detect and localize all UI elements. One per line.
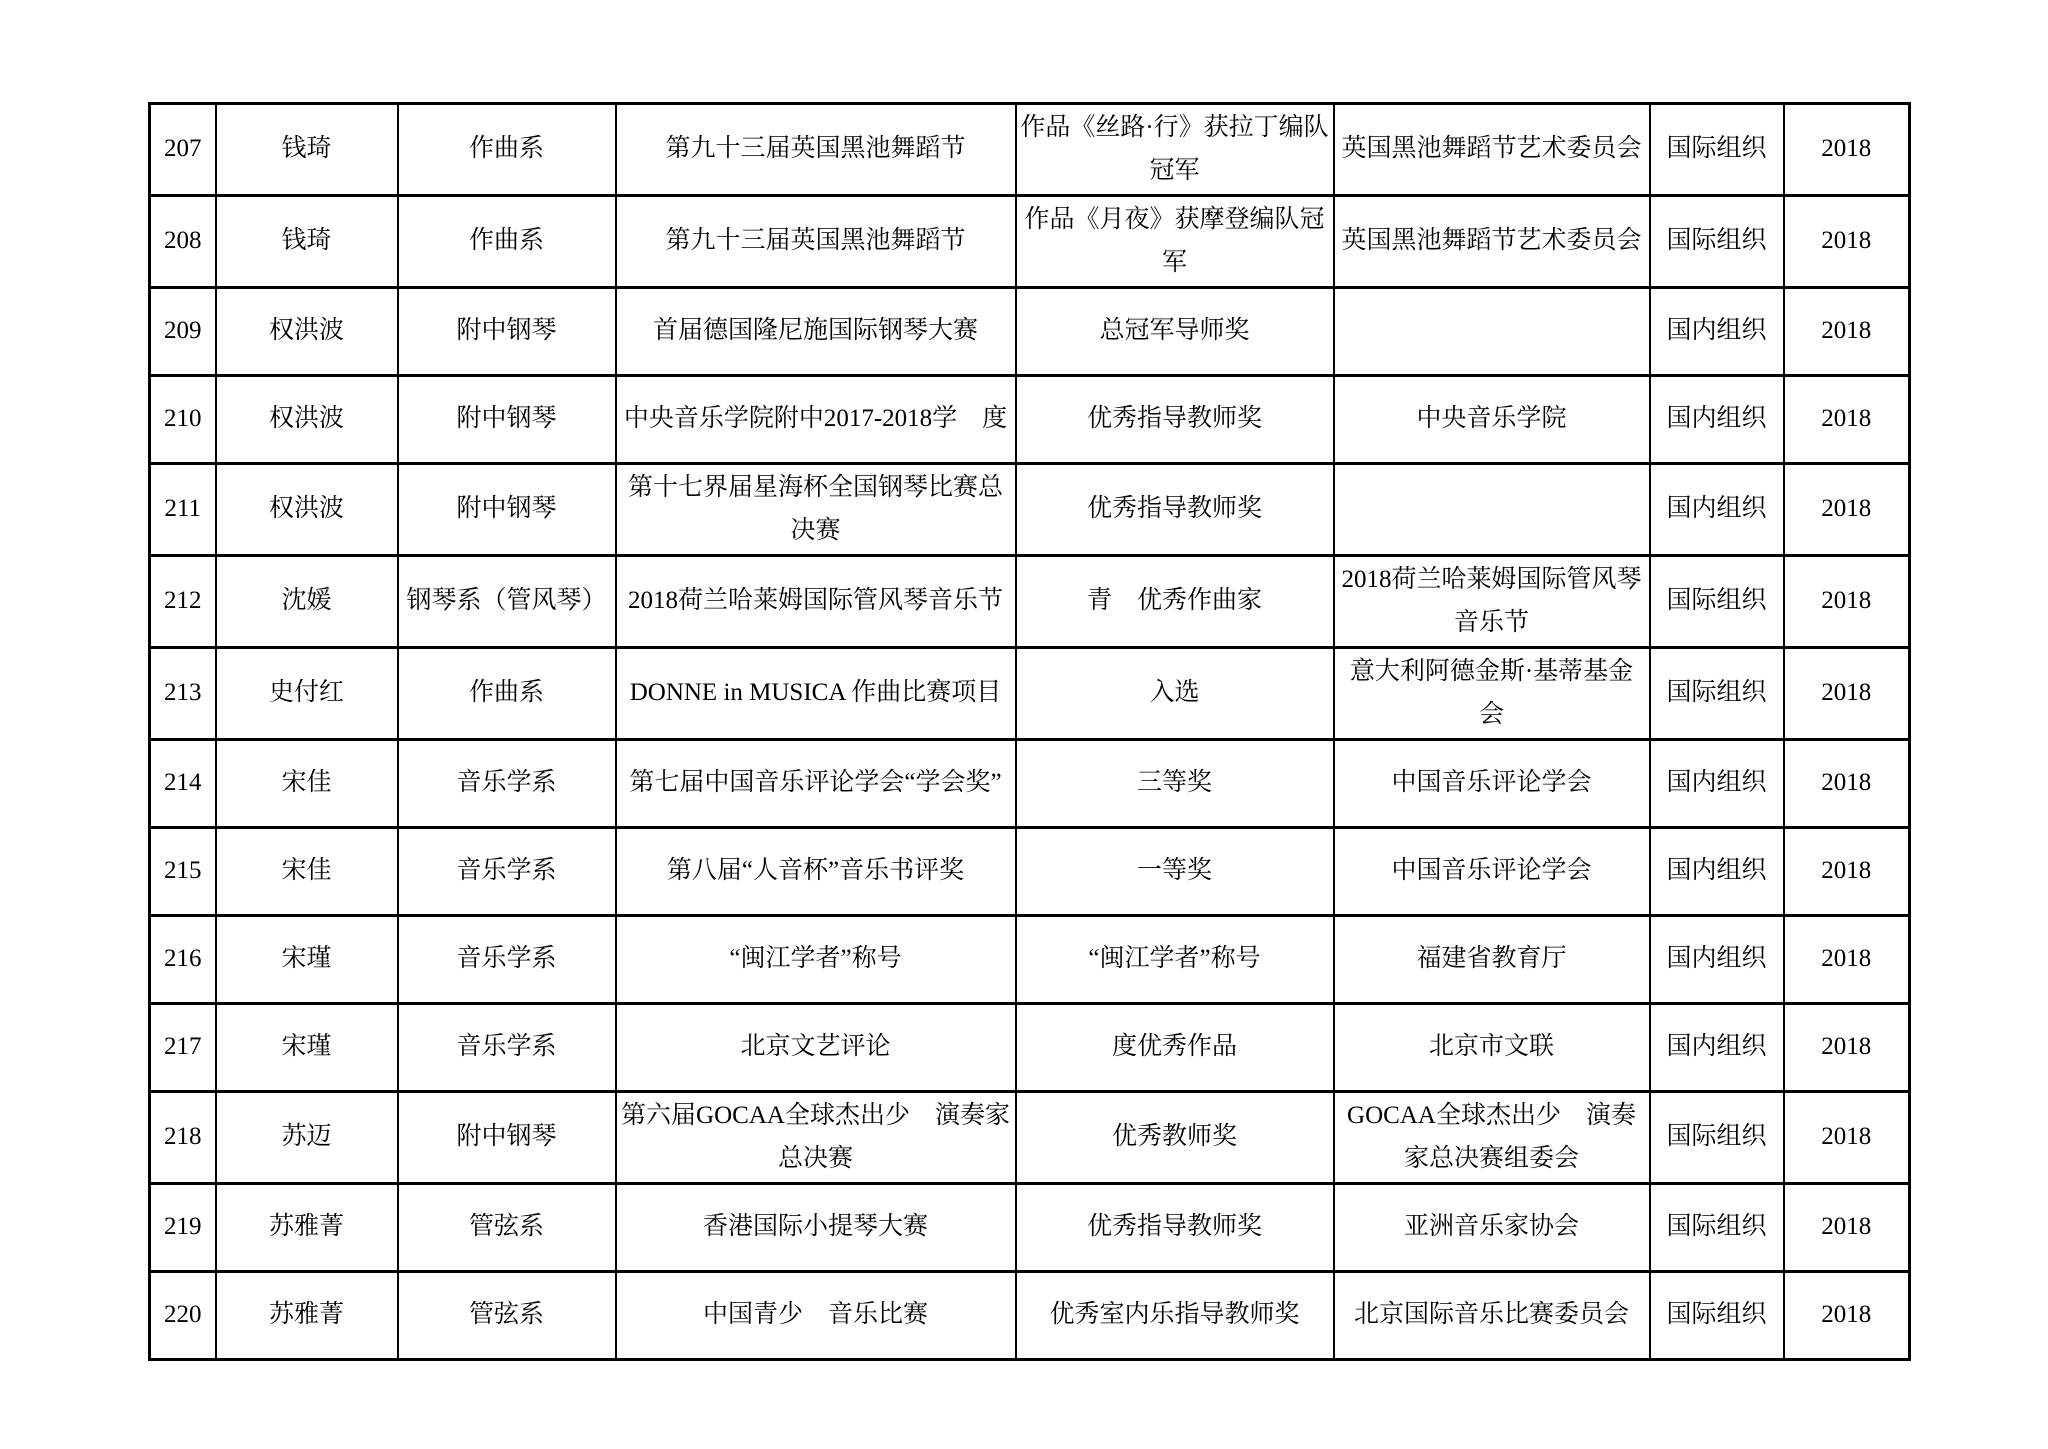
cell-award: 优秀教师奖 — [1016, 1092, 1334, 1184]
cell-event: 第九十三届英国黑池舞蹈节 — [616, 196, 1016, 288]
cell-seq: 216 — [150, 916, 216, 1004]
cell-award: 优秀室内乐指导教师奖 — [1016, 1272, 1334, 1360]
cell-org_type: 国内组织 — [1650, 1004, 1784, 1092]
cell-name: 宋佳 — [216, 828, 398, 916]
cell-event: 第九十三届英国黑池舞蹈节 — [616, 104, 1016, 196]
cell-seq: 208 — [150, 196, 216, 288]
cell-name: 宋瑾 — [216, 1004, 398, 1092]
cell-award: 优秀指导教师奖 — [1016, 376, 1334, 464]
cell-event: 第七届中国音乐评论学会“学会奖” — [616, 740, 1016, 828]
cell-org_type: 国际组织 — [1650, 648, 1784, 740]
cell-name: 史付红 — [216, 648, 398, 740]
table-row: 218苏迈附中钢琴第六届GOCAA全球杰出少 演奏家总决赛优秀教师奖GOCAA全… — [150, 1092, 1910, 1184]
cell-year: 2018 — [1784, 1092, 1910, 1184]
cell-org: 中国音乐评论学会 — [1334, 828, 1650, 916]
cell-dept: 附中钢琴 — [398, 464, 616, 556]
cell-dept: 音乐学系 — [398, 828, 616, 916]
cell-event: 中央音乐学院附中2017-2018学 度 — [616, 376, 1016, 464]
cell-org_type: 国际组织 — [1650, 104, 1784, 196]
table-row: 210权洪波附中钢琴中央音乐学院附中2017-2018学 度优秀指导教师奖中央音… — [150, 376, 1910, 464]
cell-award: “闽江学者”称号 — [1016, 916, 1334, 1004]
cell-org: 北京国际音乐比赛委员会 — [1334, 1272, 1650, 1360]
cell-award: 三等奖 — [1016, 740, 1334, 828]
cell-award: 总冠军导师奖 — [1016, 288, 1334, 376]
cell-name: 权洪波 — [216, 288, 398, 376]
cell-seq: 210 — [150, 376, 216, 464]
cell-dept: 附中钢琴 — [398, 376, 616, 464]
cell-org: 英国黑池舞蹈节艺术委员会 — [1334, 104, 1650, 196]
cell-name: 苏迈 — [216, 1092, 398, 1184]
cell-dept: 音乐学系 — [398, 1004, 616, 1092]
cell-org: GOCAA全球杰出少 演奏家总决赛组委会 — [1334, 1092, 1650, 1184]
cell-seq: 209 — [150, 288, 216, 376]
cell-org: 意大利阿德金斯·基蒂基金会 — [1334, 648, 1650, 740]
cell-seq: 214 — [150, 740, 216, 828]
cell-event: 第十七界届星海杯全国钢琴比赛总决赛 — [616, 464, 1016, 556]
cell-org_type: 国际组织 — [1650, 196, 1784, 288]
cell-event: 中国青少 音乐比赛 — [616, 1272, 1016, 1360]
cell-name: 沈媛 — [216, 556, 398, 648]
cell-name: 宋佳 — [216, 740, 398, 828]
cell-dept: 作曲系 — [398, 648, 616, 740]
cell-dept: 管弦系 — [398, 1272, 616, 1360]
cell-event: 第六届GOCAA全球杰出少 演奏家总决赛 — [616, 1092, 1016, 1184]
cell-org_type: 国际组织 — [1650, 1272, 1784, 1360]
table-row: 208钱琦作曲系第九十三届英国黑池舞蹈节作品《月夜》获摩登编队冠军英国黑池舞蹈节… — [150, 196, 1910, 288]
cell-dept: 音乐学系 — [398, 916, 616, 1004]
cell-year: 2018 — [1784, 556, 1910, 648]
cell-event: 香港国际小提琴大赛 — [616, 1184, 1016, 1272]
cell-org: 中国音乐评论学会 — [1334, 740, 1650, 828]
awards-table-body: 207钱琦作曲系第九十三届英国黑池舞蹈节作品《丝路·行》获拉丁编队冠军英国黑池舞… — [150, 104, 1910, 1360]
cell-name: 苏雅菁 — [216, 1272, 398, 1360]
cell-dept: 作曲系 — [398, 104, 616, 196]
table-row: 220苏雅菁管弦系中国青少 音乐比赛优秀室内乐指导教师奖北京国际音乐比赛委员会国… — [150, 1272, 1910, 1360]
cell-event: 北京文艺评论 — [616, 1004, 1016, 1092]
cell-org: 亚洲音乐家协会 — [1334, 1184, 1650, 1272]
cell-name: 权洪波 — [216, 464, 398, 556]
cell-seq: 213 — [150, 648, 216, 740]
document-page: 207钱琦作曲系第九十三届英国黑池舞蹈节作品《丝路·行》获拉丁编队冠军英国黑池舞… — [0, 0, 2048, 1449]
table-row: 214宋佳音乐学系第七届中国音乐评论学会“学会奖”三等奖中国音乐评论学会国内组织… — [150, 740, 1910, 828]
cell-org_type: 国际组织 — [1650, 556, 1784, 648]
cell-award: 优秀指导教师奖 — [1016, 464, 1334, 556]
cell-org: 福建省教育厅 — [1334, 916, 1650, 1004]
cell-org — [1334, 288, 1650, 376]
cell-award: 作品《丝路·行》获拉丁编队冠军 — [1016, 104, 1334, 196]
cell-seq: 217 — [150, 1004, 216, 1092]
cell-year: 2018 — [1784, 740, 1910, 828]
cell-org: 2018荷兰哈莱姆国际管风琴音乐节 — [1334, 556, 1650, 648]
cell-award: 一等奖 — [1016, 828, 1334, 916]
table-row: 209权洪波附中钢琴首届德国隆尼施国际钢琴大赛总冠军导师奖国内组织2018 — [150, 288, 1910, 376]
cell-year: 2018 — [1784, 648, 1910, 740]
cell-year: 2018 — [1784, 916, 1910, 1004]
cell-dept: 钢琴系（管风琴） — [398, 556, 616, 648]
cell-org — [1334, 464, 1650, 556]
cell-name: 钱琦 — [216, 104, 398, 196]
cell-event: “闽江学者”称号 — [616, 916, 1016, 1004]
cell-event: 首届德国隆尼施国际钢琴大赛 — [616, 288, 1016, 376]
cell-dept: 作曲系 — [398, 196, 616, 288]
cell-event: 2018荷兰哈莱姆国际管风琴音乐节 — [616, 556, 1016, 648]
cell-name: 钱琦 — [216, 196, 398, 288]
cell-org_type: 国际组织 — [1650, 1184, 1784, 1272]
table-row: 212沈媛钢琴系（管风琴）2018荷兰哈莱姆国际管风琴音乐节青 优秀作曲家201… — [150, 556, 1910, 648]
cell-year: 2018 — [1784, 464, 1910, 556]
cell-award: 度优秀作品 — [1016, 1004, 1334, 1092]
cell-seq: 215 — [150, 828, 216, 916]
cell-name: 权洪波 — [216, 376, 398, 464]
cell-dept: 管弦系 — [398, 1184, 616, 1272]
cell-seq: 220 — [150, 1272, 216, 1360]
cell-name: 宋瑾 — [216, 916, 398, 1004]
cell-seq: 211 — [150, 464, 216, 556]
table-row: 211权洪波附中钢琴第十七界届星海杯全国钢琴比赛总决赛优秀指导教师奖国内组织20… — [150, 464, 1910, 556]
cell-org: 英国黑池舞蹈节艺术委员会 — [1334, 196, 1650, 288]
table-row: 215宋佳音乐学系第八届“人音杯”音乐书评奖一等奖中国音乐评论学会国内组织201… — [150, 828, 1910, 916]
cell-org: 北京市文联 — [1334, 1004, 1650, 1092]
cell-event: DONNE in MUSICA 作曲比赛项目 — [616, 648, 1016, 740]
table-row: 217宋瑾音乐学系北京文艺评论度优秀作品北京市文联国内组织2018 — [150, 1004, 1910, 1092]
cell-dept: 音乐学系 — [398, 740, 616, 828]
cell-award: 青 优秀作曲家 — [1016, 556, 1334, 648]
table-row: 207钱琦作曲系第九十三届英国黑池舞蹈节作品《丝路·行》获拉丁编队冠军英国黑池舞… — [150, 104, 1910, 196]
cell-award: 入选 — [1016, 648, 1334, 740]
cell-year: 2018 — [1784, 1004, 1910, 1092]
cell-org_type: 国内组织 — [1650, 828, 1784, 916]
cell-event: 第八届“人音杯”音乐书评奖 — [616, 828, 1016, 916]
cell-dept: 附中钢琴 — [398, 288, 616, 376]
cell-seq: 219 — [150, 1184, 216, 1272]
cell-year: 2018 — [1784, 828, 1910, 916]
cell-org_type: 国内组织 — [1650, 740, 1784, 828]
cell-award: 作品《月夜》获摩登编队冠军 — [1016, 196, 1334, 288]
cell-dept: 附中钢琴 — [398, 1092, 616, 1184]
cell-org: 中央音乐学院 — [1334, 376, 1650, 464]
cell-year: 2018 — [1784, 1272, 1910, 1360]
cell-org_type: 国内组织 — [1650, 916, 1784, 1004]
cell-award: 优秀指导教师奖 — [1016, 1184, 1334, 1272]
cell-seq: 207 — [150, 104, 216, 196]
awards-table: 207钱琦作曲系第九十三届英国黑池舞蹈节作品《丝路·行》获拉丁编队冠军英国黑池舞… — [148, 102, 1911, 1361]
cell-org_type: 国内组织 — [1650, 376, 1784, 464]
cell-seq: 218 — [150, 1092, 216, 1184]
cell-org_type: 国际组织 — [1650, 1092, 1784, 1184]
table-row: 219苏雅菁管弦系香港国际小提琴大赛优秀指导教师奖亚洲音乐家协会国际组织2018 — [150, 1184, 1910, 1272]
cell-year: 2018 — [1784, 1184, 1910, 1272]
cell-org_type: 国内组织 — [1650, 288, 1784, 376]
cell-seq: 212 — [150, 556, 216, 648]
table-row: 216宋瑾音乐学系“闽江学者”称号“闽江学者”称号福建省教育厅国内组织2018 — [150, 916, 1910, 1004]
cell-year: 2018 — [1784, 288, 1910, 376]
cell-year: 2018 — [1784, 196, 1910, 288]
cell-year: 2018 — [1784, 376, 1910, 464]
table-row: 213史付红作曲系DONNE in MUSICA 作曲比赛项目入选意大利阿德金斯… — [150, 648, 1910, 740]
cell-org_type: 国内组织 — [1650, 464, 1784, 556]
cell-year: 2018 — [1784, 104, 1910, 196]
cell-name: 苏雅菁 — [216, 1184, 398, 1272]
